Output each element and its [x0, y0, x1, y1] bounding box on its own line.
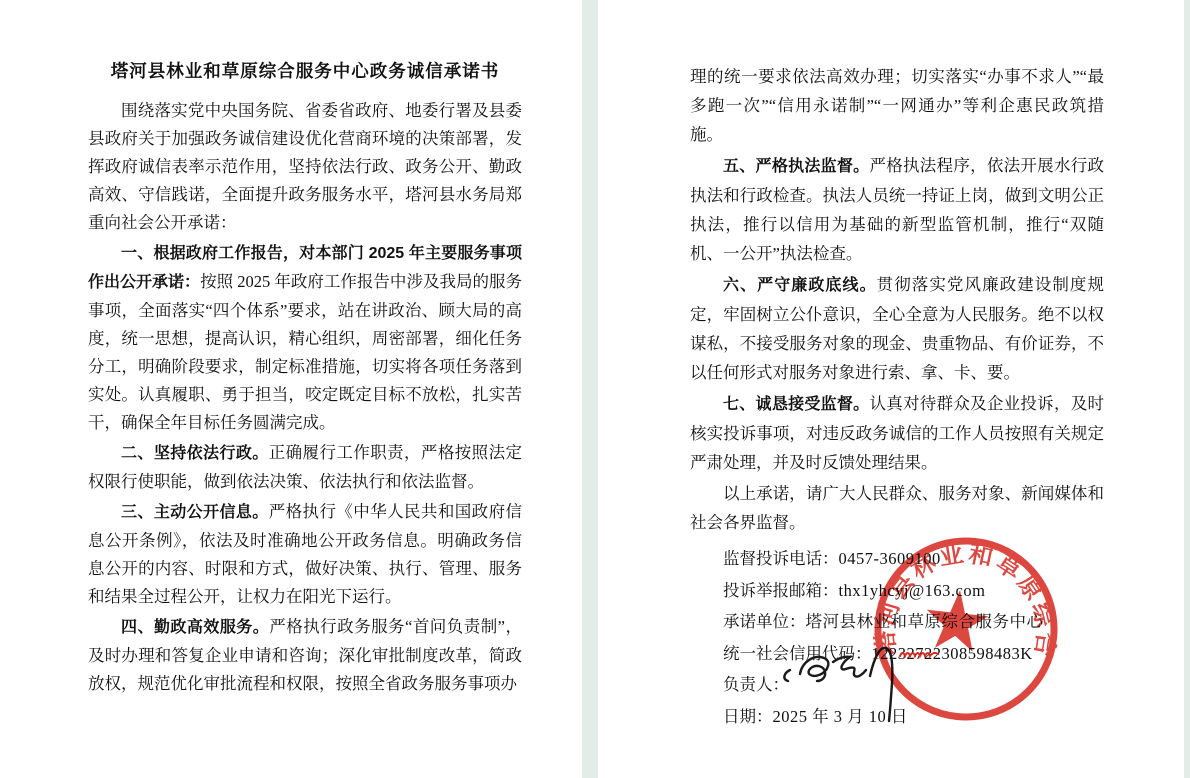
section-6-heading: 六、严守廉政底线。	[723, 277, 877, 294]
section-5-paragraph: 五、严格执法监督。严格执法程序，依法开展水行政执法和行政检查。执法人员统一持证上…	[690, 151, 1104, 268]
section-1-paragraph: 一、根据政府工作报告，对本部门 2025 年主要服务事项作出公开承诺：按照 20…	[88, 239, 522, 437]
promising-unit-value: 塔河县林业和草原综合服务中心	[806, 612, 1044, 631]
responsible-person-line: 负责人：	[690, 669, 1104, 701]
complaint-email-line: 投诉举报邮箱：thx1yhcyj@163.com	[690, 575, 1104, 607]
page-2: 理的统一要求依法高效办理；切实落实“办事不求人”“最多跑一次”“信用永诺制”“一…	[598, 0, 1184, 778]
closing-paragraph: 以上承诺，请广大人民群众、服务对象、新闻媒体和社会各界监督。	[690, 479, 1104, 537]
section-2-heading: 二、坚持依法行政。	[121, 445, 269, 462]
promising-unit-line: 承诺单位：塔河县林业和草原综合服务中心	[690, 606, 1104, 638]
date-value: 2025 年 3 月 10 日	[773, 707, 908, 726]
section-4-continuation: 理的统一要求依法高效办理；切实落实“办事不求人”“最多跑一次”“信用永诺制”“一…	[690, 62, 1104, 149]
intro-paragraph: 围绕落实党中央国务院、省委省政府、地委行署及县委县政府关于加强政务诚信建设优化营…	[88, 97, 522, 237]
section-4-heading: 四、勤政高效服务。	[121, 619, 269, 636]
complaint-phone-line: 监督投诉电话：0457-3609100	[690, 543, 1104, 575]
section-7-paragraph: 七、诚恳接受监督。认真对待群众及企业投诉，及时核实投诉事项，对违反政务诚信的工作…	[690, 389, 1104, 477]
document-title: 塔河县林业和草原综合服务中心政务诚信承诺书	[88, 58, 522, 83]
date-line: 日期：2025 年 3 月 10 日	[690, 701, 1104, 733]
section-3-paragraph: 三、主动公开信息。严格执行《中华人民共和国政府信息公开条例》，依法及时准确地公开…	[88, 498, 522, 611]
complaint-phone-value: 0457-3609100	[839, 549, 941, 568]
section-3-heading: 三、主动公开信息。	[121, 504, 269, 521]
section-6-paragraph: 六、严守廉政底线。贯彻落实党风廉政建设制度规定，牢固树立公仆意识，全心全意为人民…	[690, 270, 1104, 387]
credit-code-line: 统一社会信用代码：12232722308598483K	[690, 638, 1104, 670]
section-7-heading: 七、诚恳接受监督。	[723, 396, 869, 413]
complaint-email-value: thx1yhcyj@163.com	[839, 581, 986, 600]
section-4-paragraph: 四、勤政高效服务。严格执行政务服务“首问负责制”，及时办理和答复企业申请和咨询；…	[88, 613, 522, 698]
document-viewer: 塔河县林业和草原综合服务中心政务诚信承诺书 围绕落实党中央国务院、省委省政府、地…	[0, 0, 1190, 778]
signature-block: 监督投诉电话：0457-3609100 投诉举报邮箱：thx1yhcyj@163…	[690, 543, 1104, 732]
section-5-heading: 五、严格执法监督。	[723, 158, 869, 175]
page-gap-divider	[582, 0, 598, 778]
page-1: 塔河县林业和草原综合服务中心政务诚信承诺书 围绕落实党中央国务院、省委省政府、地…	[0, 0, 582, 778]
credit-code-value: 12232722308598483K	[872, 644, 1033, 663]
section-2-paragraph: 二、坚持依法行政。正确履行工作职责，严格按照法定权限行使职能，做到依法决策、依法…	[88, 439, 522, 496]
right-edge-strip	[1184, 0, 1190, 778]
